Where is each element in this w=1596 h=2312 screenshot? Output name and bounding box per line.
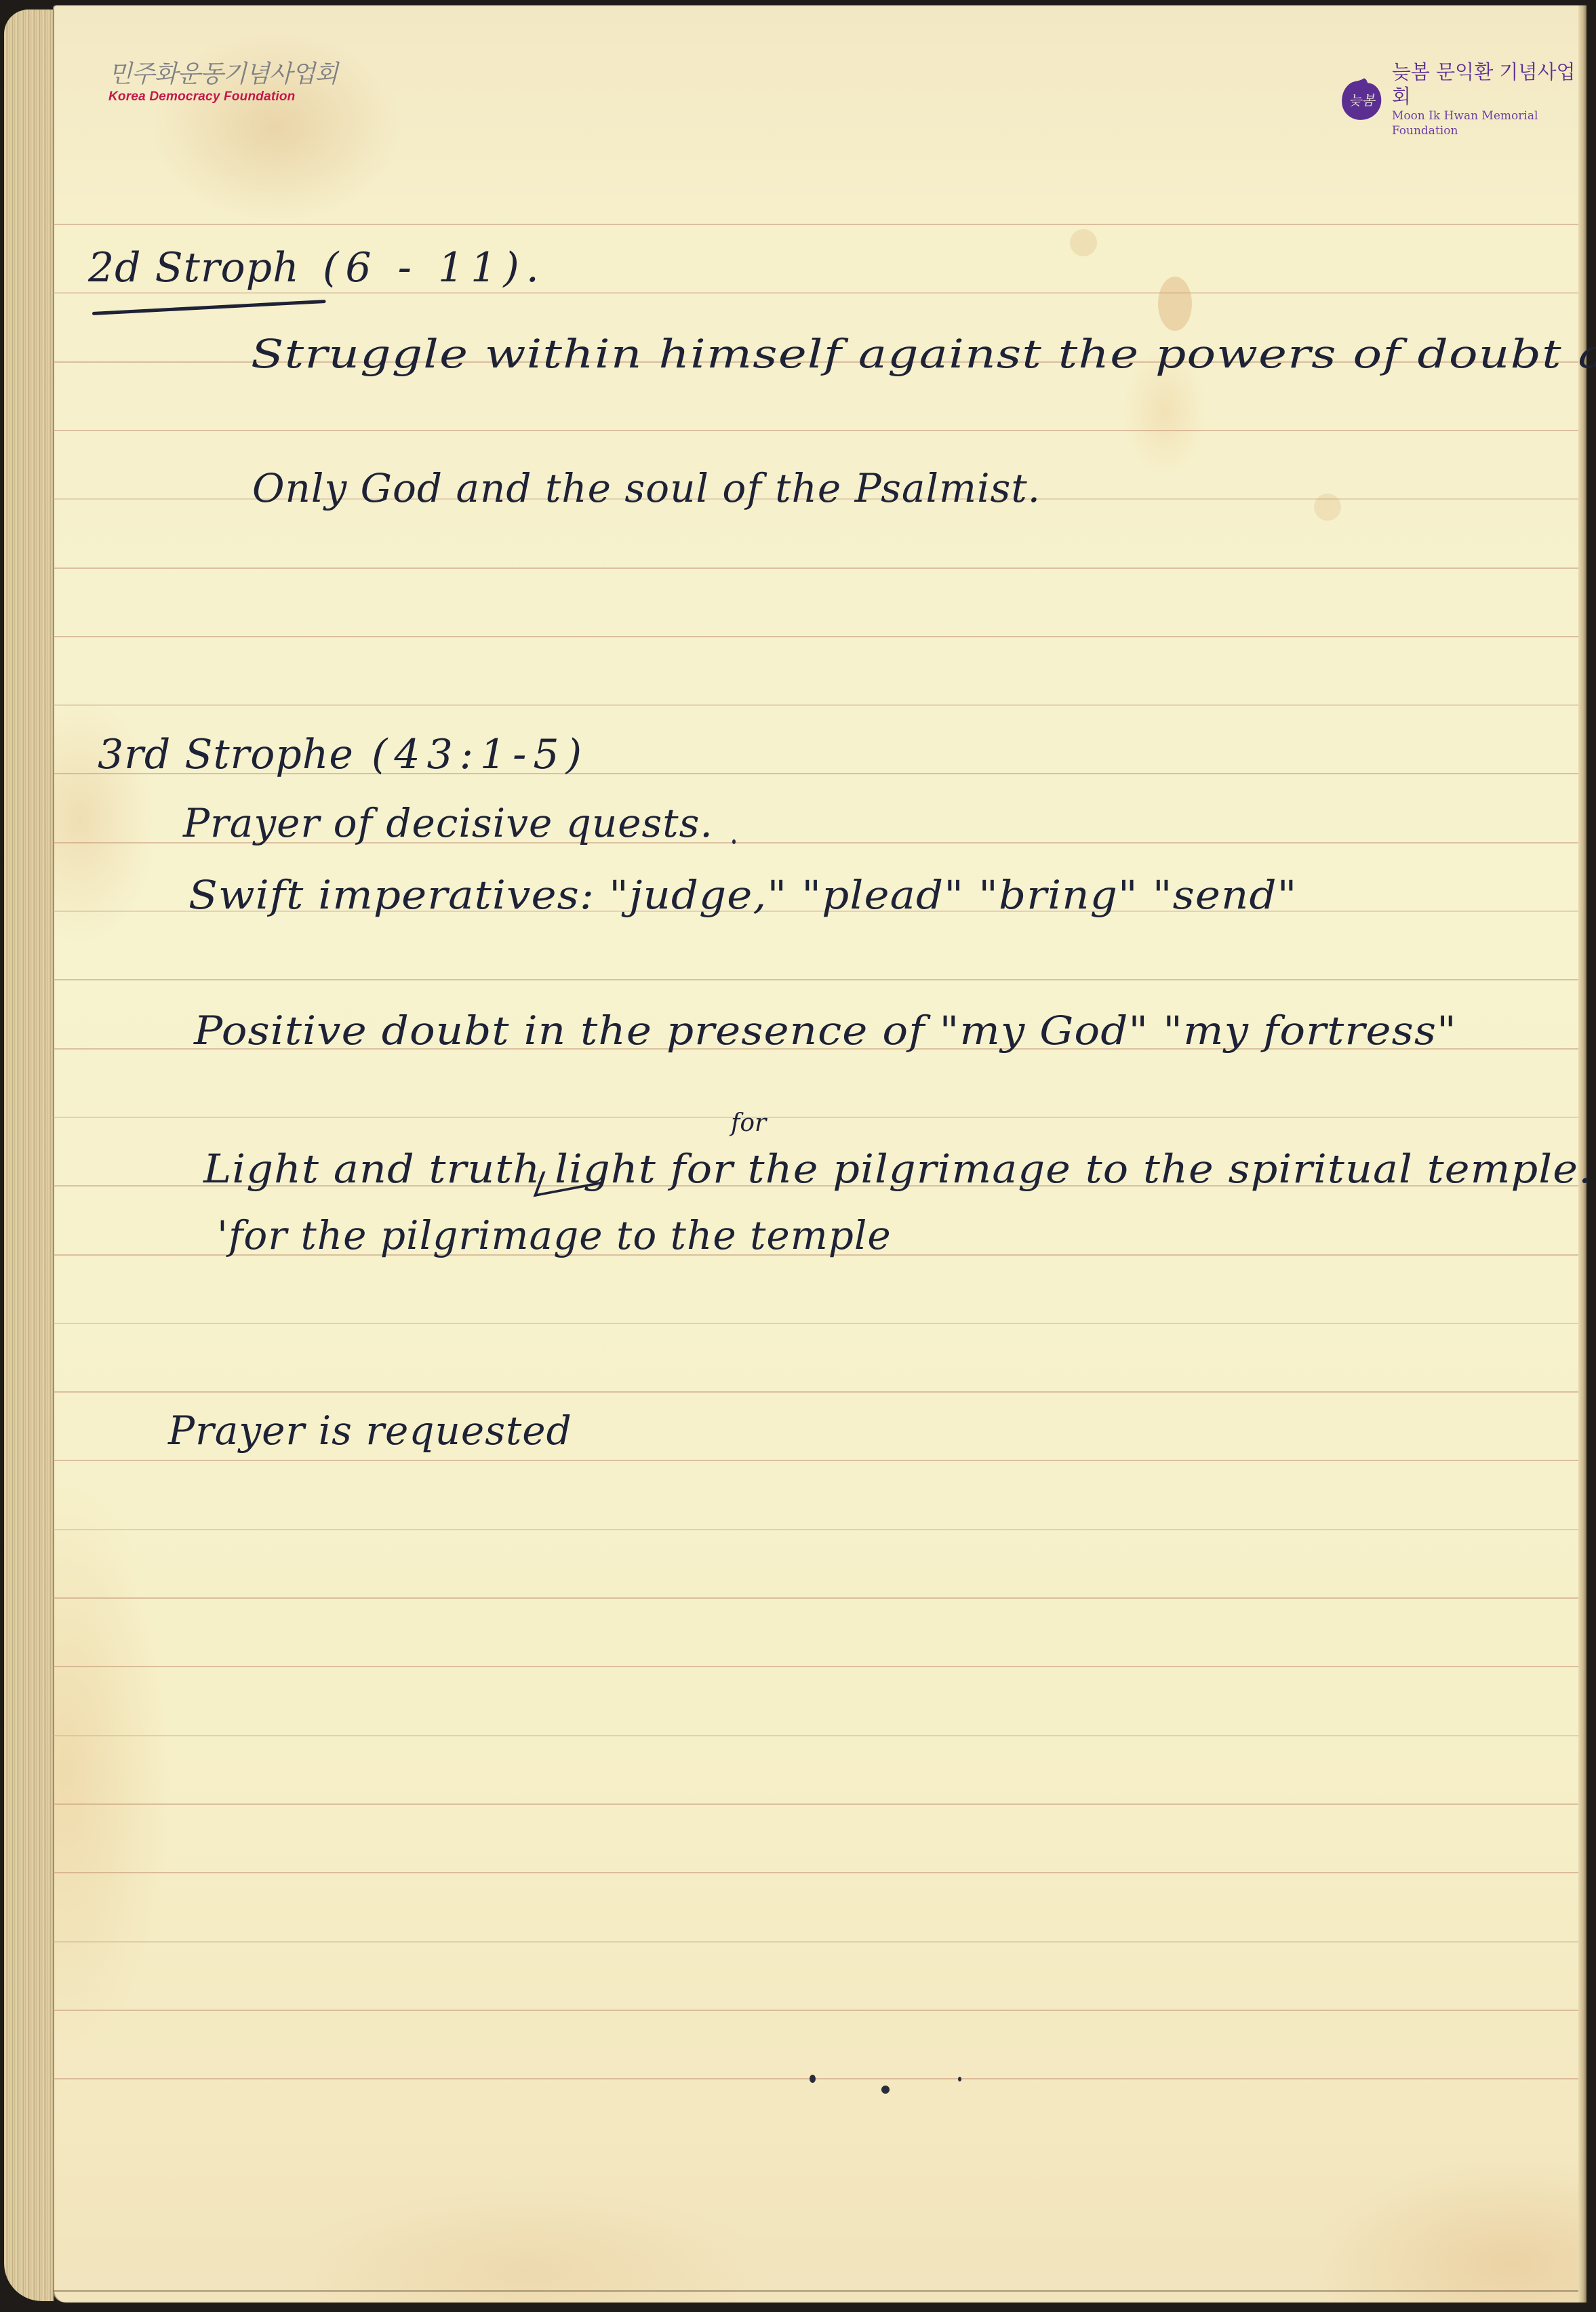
ruled-line bbox=[53, 1666, 1578, 1667]
moon-english-name: Moon Ik Hwan Memorial Foundation bbox=[1392, 108, 1587, 138]
paper-stain bbox=[1158, 277, 1192, 331]
neutbom-emblem-icon: 늦봄 bbox=[1340, 73, 1384, 125]
kdf-korean-name: 민주화운동기념사업회 bbox=[108, 60, 338, 89]
page-bottom-edge-line bbox=[53, 2290, 1578, 2292]
notebook-page: 민주화운동기념사업회 Korea Democracy Foundation 늦봄… bbox=[53, 5, 1587, 2303]
kdf-english-name: Korea Democracy Foundation bbox=[108, 89, 338, 104]
heading-underline bbox=[92, 300, 326, 315]
ruled-line bbox=[53, 704, 1578, 706]
notebook-page-edges bbox=[4, 9, 54, 2301]
section-heading-3rd-strophe: 3rd Strophe bbox=[98, 731, 354, 778]
ruled-line bbox=[53, 567, 1578, 569]
ruled-line bbox=[53, 636, 1578, 637]
ink-speck bbox=[881, 2086, 890, 2094]
korea-democracy-foundation-logo: 민주화운동기념사업회 Korea Democracy Foundation bbox=[108, 60, 338, 104]
manuscript-line: Positive doubt in the presence of "my Go… bbox=[194, 1008, 1457, 1054]
ruled-line bbox=[53, 292, 1578, 294]
ruled-line bbox=[53, 1460, 1578, 1461]
manuscript-line: Only God and the soul of the Psalmist. bbox=[252, 465, 1041, 511]
ruled-line bbox=[53, 979, 1578, 980]
ruled-line bbox=[53, 1117, 1578, 1118]
ruled-line bbox=[53, 1872, 1578, 1873]
paper-stain bbox=[1070, 229, 1097, 256]
manuscript-line: 'for the pilgrimage to the temple bbox=[217, 1212, 892, 1258]
svg-text:늦봄: 늦봄 bbox=[1349, 93, 1376, 108]
ruled-line bbox=[53, 2078, 1578, 2079]
manuscript-line: Struggle within himself against the powe… bbox=[251, 331, 1596, 377]
ruled-line bbox=[53, 1735, 1578, 1736]
moon-korean-name: 늦봄 문익환 기념사업회 bbox=[1392, 60, 1587, 108]
ink-speck bbox=[810, 2075, 816, 2083]
ruled-line bbox=[53, 1529, 1578, 1530]
ruled-line bbox=[53, 1391, 1578, 1393]
ruled-line bbox=[53, 1803, 1578, 1805]
ink-speck bbox=[958, 2077, 961, 2081]
ink-speck bbox=[732, 839, 736, 844]
insertion-above-line: for bbox=[731, 1109, 766, 1137]
manuscript-line: Light and truth light for the pilgrimage… bbox=[203, 1146, 1593, 1192]
ruled-line bbox=[53, 1597, 1578, 1599]
moon-ik-hwan-foundation-logo: 늦봄 늦봄 문익환 기념사업회 Moon Ik Hwan Memorial Fo… bbox=[1340, 60, 1587, 138]
manuscript-line: Prayer of decisive quests. bbox=[183, 800, 713, 846]
ruled-line bbox=[53, 430, 1578, 431]
section-heading-2d-stroph: 2d Stroph bbox=[88, 244, 300, 292]
section-reference: (43:1-5) bbox=[372, 731, 588, 778]
ruled-line bbox=[53, 1323, 1578, 1324]
ruled-line bbox=[53, 1941, 1578, 1942]
manuscript-line: Prayer is requested bbox=[168, 1408, 572, 1454]
paper-stain bbox=[1314, 494, 1341, 521]
section-reference: (6 - 11). bbox=[323, 244, 546, 292]
ruled-line bbox=[53, 2010, 1578, 2011]
ruled-line bbox=[53, 224, 1578, 225]
manuscript-line: Swift imperatives: "judge," "plead" "bri… bbox=[188, 872, 1298, 918]
